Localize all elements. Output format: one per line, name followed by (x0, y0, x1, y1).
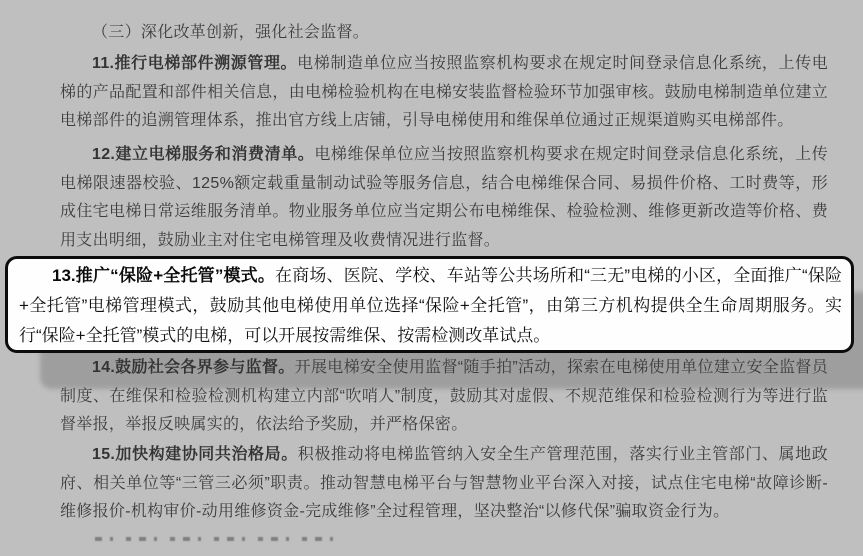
highlight-callout-box: 13.推广“保险+全托管”模式。在商场、医院、学校、车站等公共场所和“三无”电梯… (5, 256, 854, 353)
document-page: （三）深化改革创新，强化社会监督。 11.推行电梯部件溯源管理。电梯制造单位应当… (0, 0, 863, 556)
paragraph-12-title: 12.建立电梯服务和消费清单。 (92, 146, 314, 163)
paragraph-12: 12.建立电梯服务和消费清单。电梯维保单位应当按照监察机构要求在规定时间登录信息… (60, 141, 828, 255)
paragraph-14: 14.鼓励社会各界参与监督。开展电梯安全使用监督“随手拍”活动，探索在电梯使用单… (60, 354, 828, 440)
paragraph-14-title: 14.鼓励社会各界参与监督。 (92, 359, 295, 376)
paragraph-13-title: 13.推广“保险+全托管”模式。 (52, 266, 275, 285)
cutoff-text-fragment (95, 537, 333, 541)
paragraph-13: 13.推广“保险+全托管”模式。在商场、医院、学校、车站等公共场所和“三无”电梯… (19, 261, 842, 351)
paragraph-11-title: 11.推行电梯部件溯源管理。 (92, 55, 297, 72)
paragraph-15-title: 15.加快构建协同共治格局。 (92, 446, 298, 463)
paragraph-15: 15.加快构建协同共治格局。积极推动将电梯监管纳入安全生产管理范围，落实行业主管… (60, 441, 828, 527)
section-heading: （三）深化改革创新，强化社会监督。 (60, 19, 828, 48)
paragraph-11: 11.推行电梯部件溯源管理。电梯制造单位应当按照监察机构要求在规定时间登录信息化… (60, 50, 828, 136)
